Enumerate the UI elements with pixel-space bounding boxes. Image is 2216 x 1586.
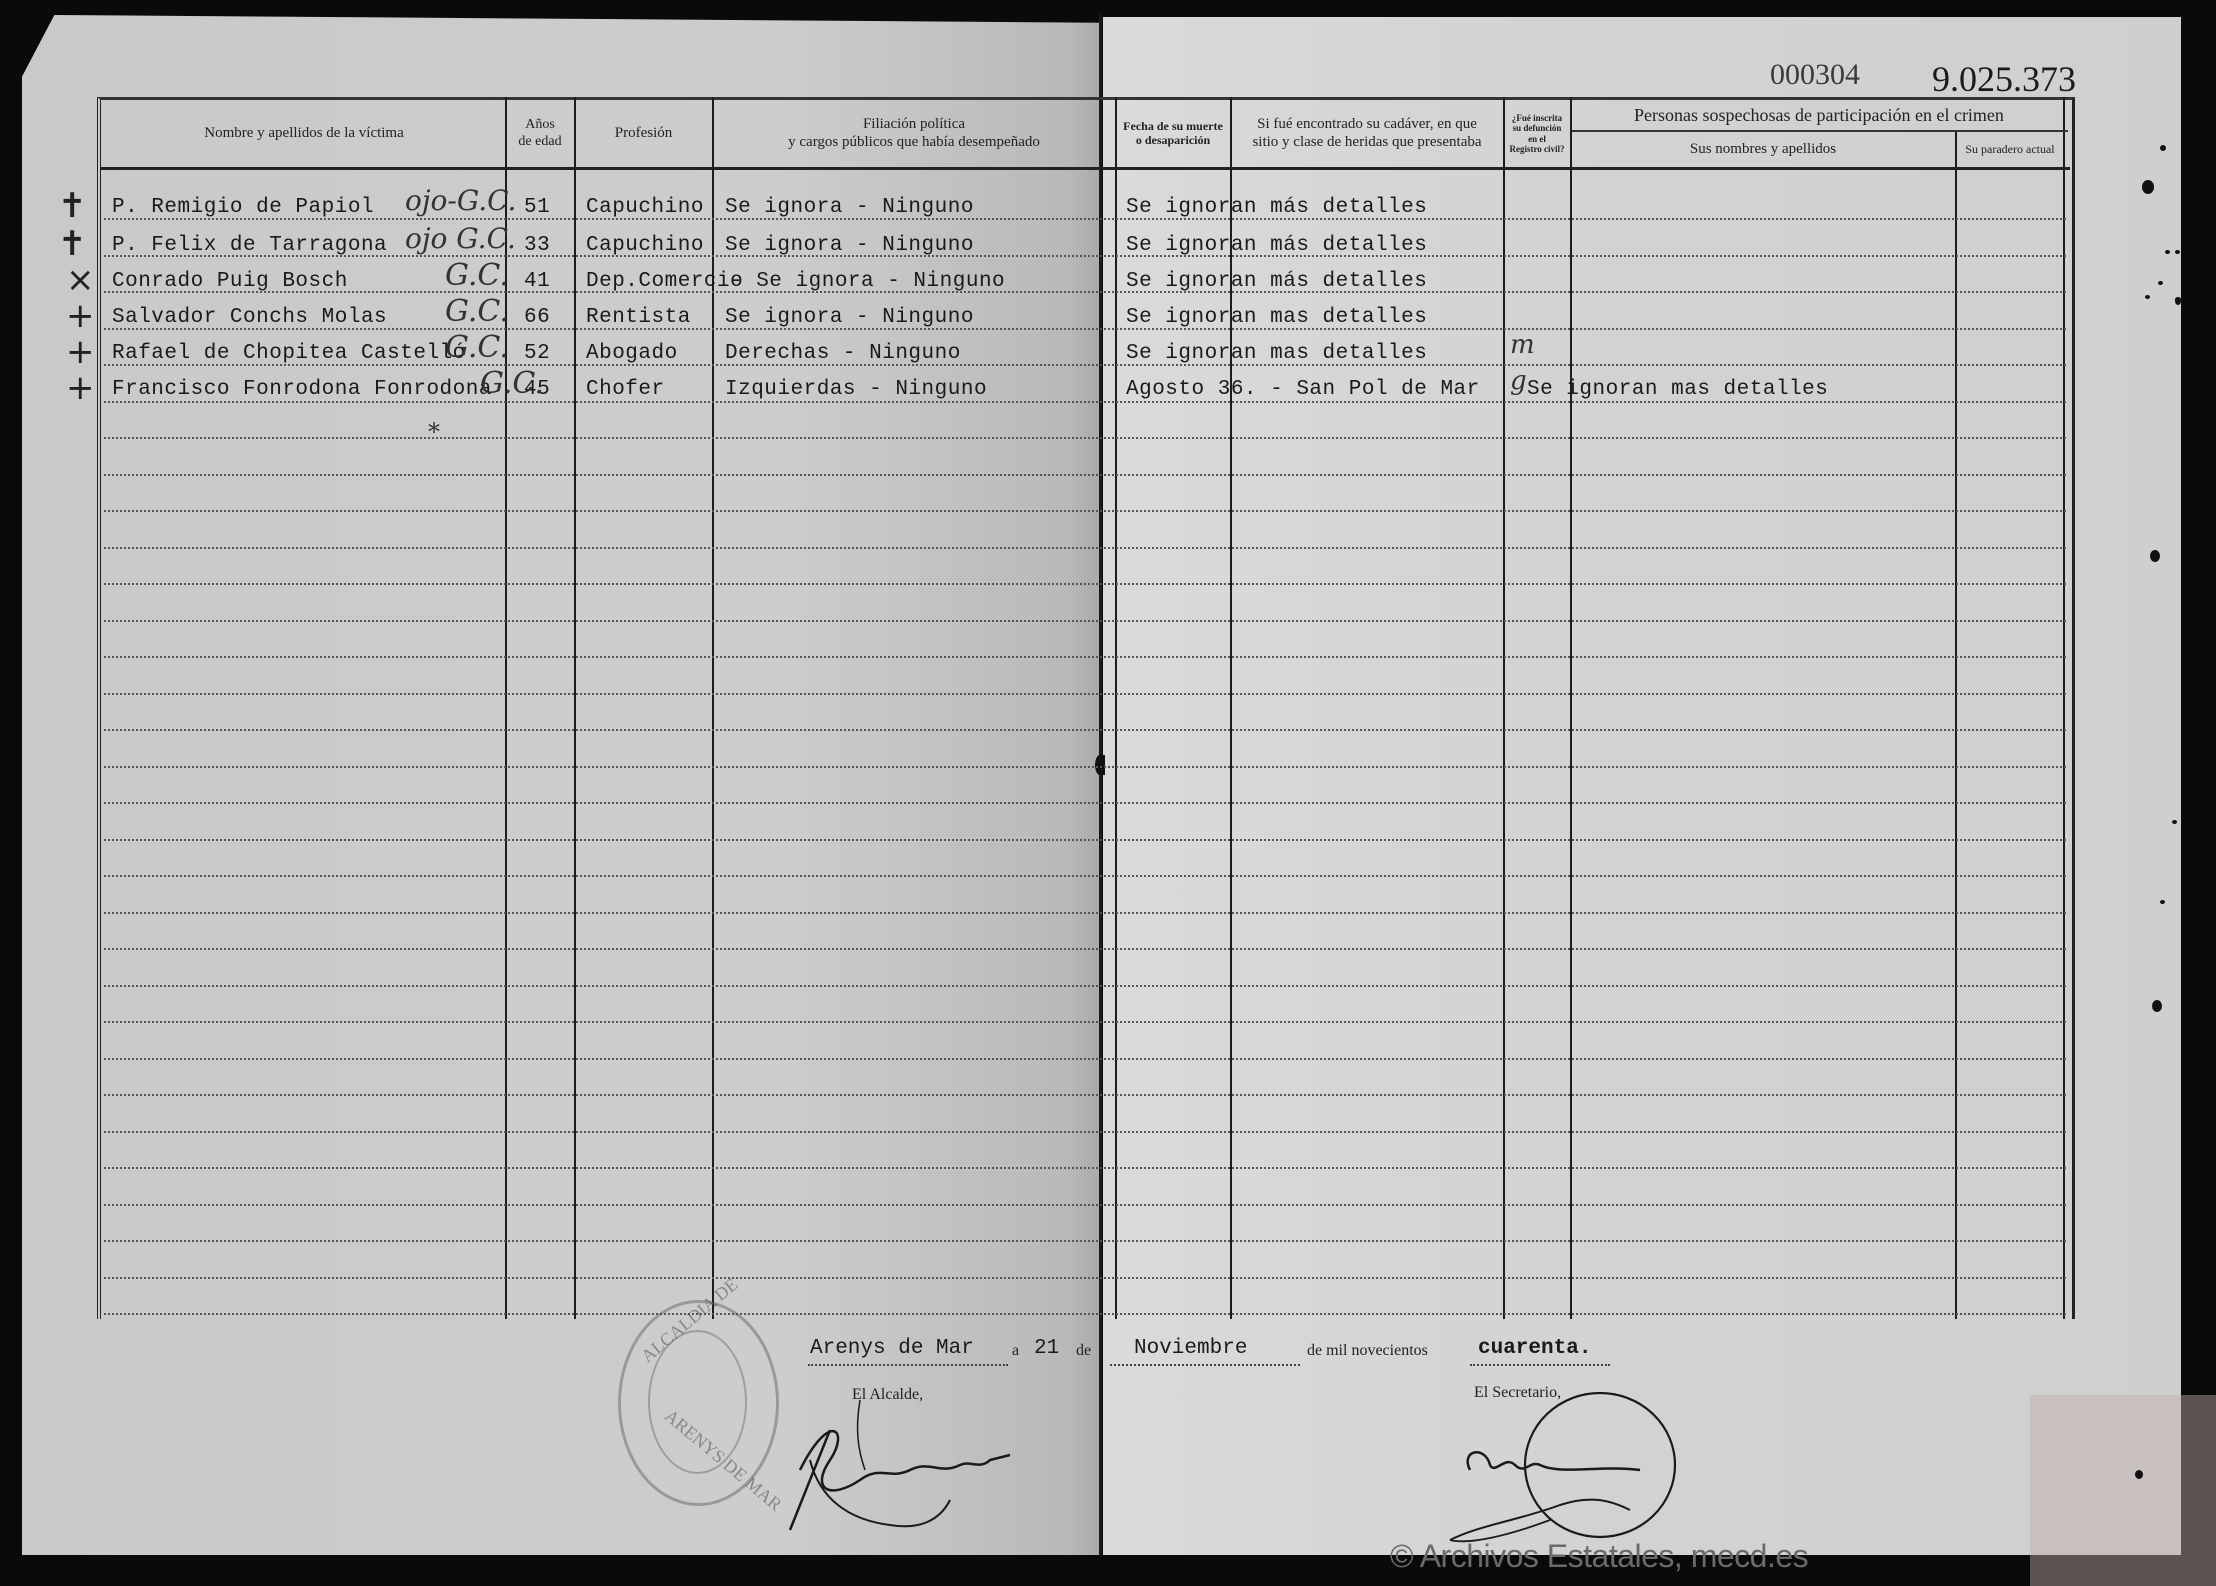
row-mark-icon: ✝ — [58, 224, 87, 264]
cell-filiacion: - Se ignora - Ninguno — [730, 270, 1005, 293]
row-mark-icon: + — [66, 368, 95, 408]
punch-hole — [2150, 550, 2160, 562]
cell-filiacion: Se ignora - Ninguno — [725, 196, 974, 219]
cell-edad: 66 — [524, 306, 550, 329]
cell-nombre: P. Felix de Tarragona — [112, 234, 387, 257]
cell-profesion: Rentista — [586, 306, 691, 329]
ruling-line — [104, 1094, 2066, 1096]
header-subdivider — [1572, 130, 2068, 132]
cell-nombre: Francisco Fonrodona Fonrodona — [112, 378, 492, 401]
punch-hole — [2165, 250, 2170, 254]
row-mark-icon: + — [66, 296, 95, 336]
cell-sospechosos: Se ignoran mas detalles — [1527, 378, 1828, 401]
header-sus-nombres: Sus nombres y apellidos — [1572, 133, 1954, 167]
cell-filiacion: Derechas - Ninguno — [725, 342, 961, 365]
ruling-line — [104, 1277, 2066, 1279]
punch-hole — [2135, 1470, 2143, 1479]
ruling-line — [104, 912, 2066, 914]
cell-filiacion: Se ignora - Ninguno — [725, 306, 974, 329]
row-mark-icon: × — [66, 260, 95, 300]
ruling-line — [104, 291, 2066, 293]
header-sospechosos: Personas sospechosas de participación en… — [1572, 100, 2066, 130]
footer-year: cuarenta. — [1478, 1337, 1591, 1360]
footer-de-label: de — [1076, 1342, 1091, 1360]
handwritten-annotation: G.C. — [445, 330, 509, 365]
ruling-line — [104, 948, 2066, 950]
column-divider — [574, 97, 576, 1319]
header-cadaver: Si fué encontrado su cadáver, en que sit… — [1232, 100, 1502, 167]
handwritten-annotation: G.C. — [480, 366, 544, 401]
stamp-number: 000304 — [1770, 58, 1860, 92]
column-divider — [1570, 97, 1572, 1319]
ruling-line — [104, 437, 2066, 439]
ruling-line — [104, 693, 2066, 695]
handwritten-annotation: G.C. — [445, 294, 509, 329]
ruling-line — [104, 547, 2066, 549]
cell-profesion: Capuchino — [586, 234, 704, 257]
header-edad: Años de edad — [507, 100, 573, 167]
header-filiacion: Filiación política y cargos públicos que… — [714, 100, 1114, 167]
cell-fecha-cadaver: Agosto 36. - San Pol de Mar — [1126, 378, 1480, 401]
cell-edad: 41 — [524, 270, 550, 293]
ruling-line — [104, 328, 2066, 330]
cell-fecha-cadaver: Se ignoran mas detalles — [1126, 306, 1427, 329]
cell-filiacion: Se ignora - Ninguno — [725, 234, 974, 257]
header-registro: ¿Fué inscrita su defunción en el Registr… — [1505, 100, 1569, 167]
header-paradero: Su paradero actual — [1957, 133, 2063, 167]
ruling-line — [104, 1204, 2066, 1206]
row-mark-icon: + — [66, 332, 95, 372]
footer-dotline — [1110, 1364, 1300, 1366]
cell-nombre: P. Remigio de Papiol — [112, 196, 374, 219]
punch-hole — [2172, 820, 2177, 824]
column-divider — [1955, 132, 1957, 1319]
ruling-line — [104, 1167, 2066, 1169]
punch-hole — [2158, 281, 2163, 285]
cell-fecha-cadaver: Se ignoran más detalles — [1126, 234, 1427, 257]
ruling-line — [104, 1131, 2066, 1133]
ruling-line — [104, 510, 2066, 512]
archive-watermark — [2030, 1395, 2216, 1586]
cell-fecha-cadaver: Se ignoran más detalles — [1126, 270, 1427, 293]
punch-hole — [2160, 145, 2166, 151]
header-profesion: Profesión — [576, 100, 711, 167]
punch-hole — [2145, 295, 2150, 299]
handwritten-annotation: ojo-G.C. — [405, 184, 516, 217]
ruling-line — [104, 839, 2066, 841]
ruling-line — [104, 766, 2066, 768]
ruling-line — [104, 474, 2066, 476]
ruling-line — [104, 1313, 2066, 1315]
punch-hole — [2175, 297, 2181, 305]
ruling-line — [104, 255, 2066, 257]
footer-year-label: de mil novecientos — [1307, 1342, 1428, 1360]
column-divider — [1115, 97, 1117, 1319]
cell-profesion: Capuchino — [586, 196, 704, 219]
document-number: 9.025.373 — [1932, 58, 2076, 100]
cell-edad: 51 — [524, 196, 550, 219]
victims-table — [97, 97, 2075, 1319]
punch-hole — [2175, 250, 2180, 254]
footer-dotline — [808, 1364, 1008, 1366]
footer-place: Arenys de Mar — [810, 1337, 974, 1360]
punch-hole — [2152, 1000, 2162, 1012]
column-divider — [1503, 97, 1505, 1319]
header-nombre: Nombre y apellidos de la víctima — [104, 100, 504, 167]
footer-month: Noviembre — [1134, 1337, 1247, 1360]
punch-hole — [2142, 180, 2154, 194]
cell-nombre: Conrado Puig Bosch — [112, 270, 348, 293]
cell-filiacion: Izquierdas - Ninguno — [725, 378, 987, 401]
ruling-line — [104, 1058, 2066, 1060]
row-mark-icon: ✝ — [58, 186, 87, 226]
ruling-line — [104, 656, 2066, 658]
ruling-line — [104, 985, 2066, 987]
ruling-line — [104, 729, 2066, 731]
handwritten-annotation: G.C. — [445, 258, 509, 293]
header-divider — [100, 167, 2070, 170]
footer-a-label: a — [1012, 1342, 1019, 1360]
alcalde-signature — [770, 1390, 1070, 1540]
ruling-line — [104, 620, 2066, 622]
ruling-line — [104, 1021, 2066, 1023]
ruling-line — [104, 802, 2066, 804]
column-divider — [2063, 97, 2065, 1319]
cell-profesion: Abogado — [586, 342, 678, 365]
cell-nombre: Salvador Conchs Molas — [112, 306, 387, 329]
handwritten-annotation: ojo G.C. — [405, 222, 516, 255]
ruling-line — [104, 583, 2066, 585]
ruling-line — [104, 1240, 2066, 1242]
cell-fecha-cadaver: Se ignoran mas detalles — [1126, 342, 1427, 365]
footer-day: 21 — [1034, 1337, 1059, 1360]
ruling-line — [104, 218, 2066, 220]
registro-mark: m — [1510, 330, 1535, 360]
header-fecha: Fecha de su muerte o desaparición — [1117, 100, 1229, 167]
asterisk-note: * — [428, 418, 440, 446]
cell-nombre: Rafael de Chopitea Castelló — [112, 342, 466, 365]
cell-profesion: Chofer — [586, 378, 665, 401]
cell-edad: 33 — [524, 234, 550, 257]
cell-fecha-cadaver: Se ignoran más detalles — [1126, 196, 1427, 219]
copyright-notice: © Archivos Estatales, mecd.es — [1390, 1538, 1808, 1575]
secretario-signature — [1440, 1395, 1740, 1545]
ruling-line — [104, 875, 2066, 877]
registro-mark: g — [1510, 366, 1527, 396]
punch-hole — [2160, 900, 2165, 904]
cell-profesion: Dep.Comercio — [586, 270, 743, 293]
cell-edad: 52 — [524, 342, 550, 365]
footer-dotline — [1470, 1364, 1610, 1366]
